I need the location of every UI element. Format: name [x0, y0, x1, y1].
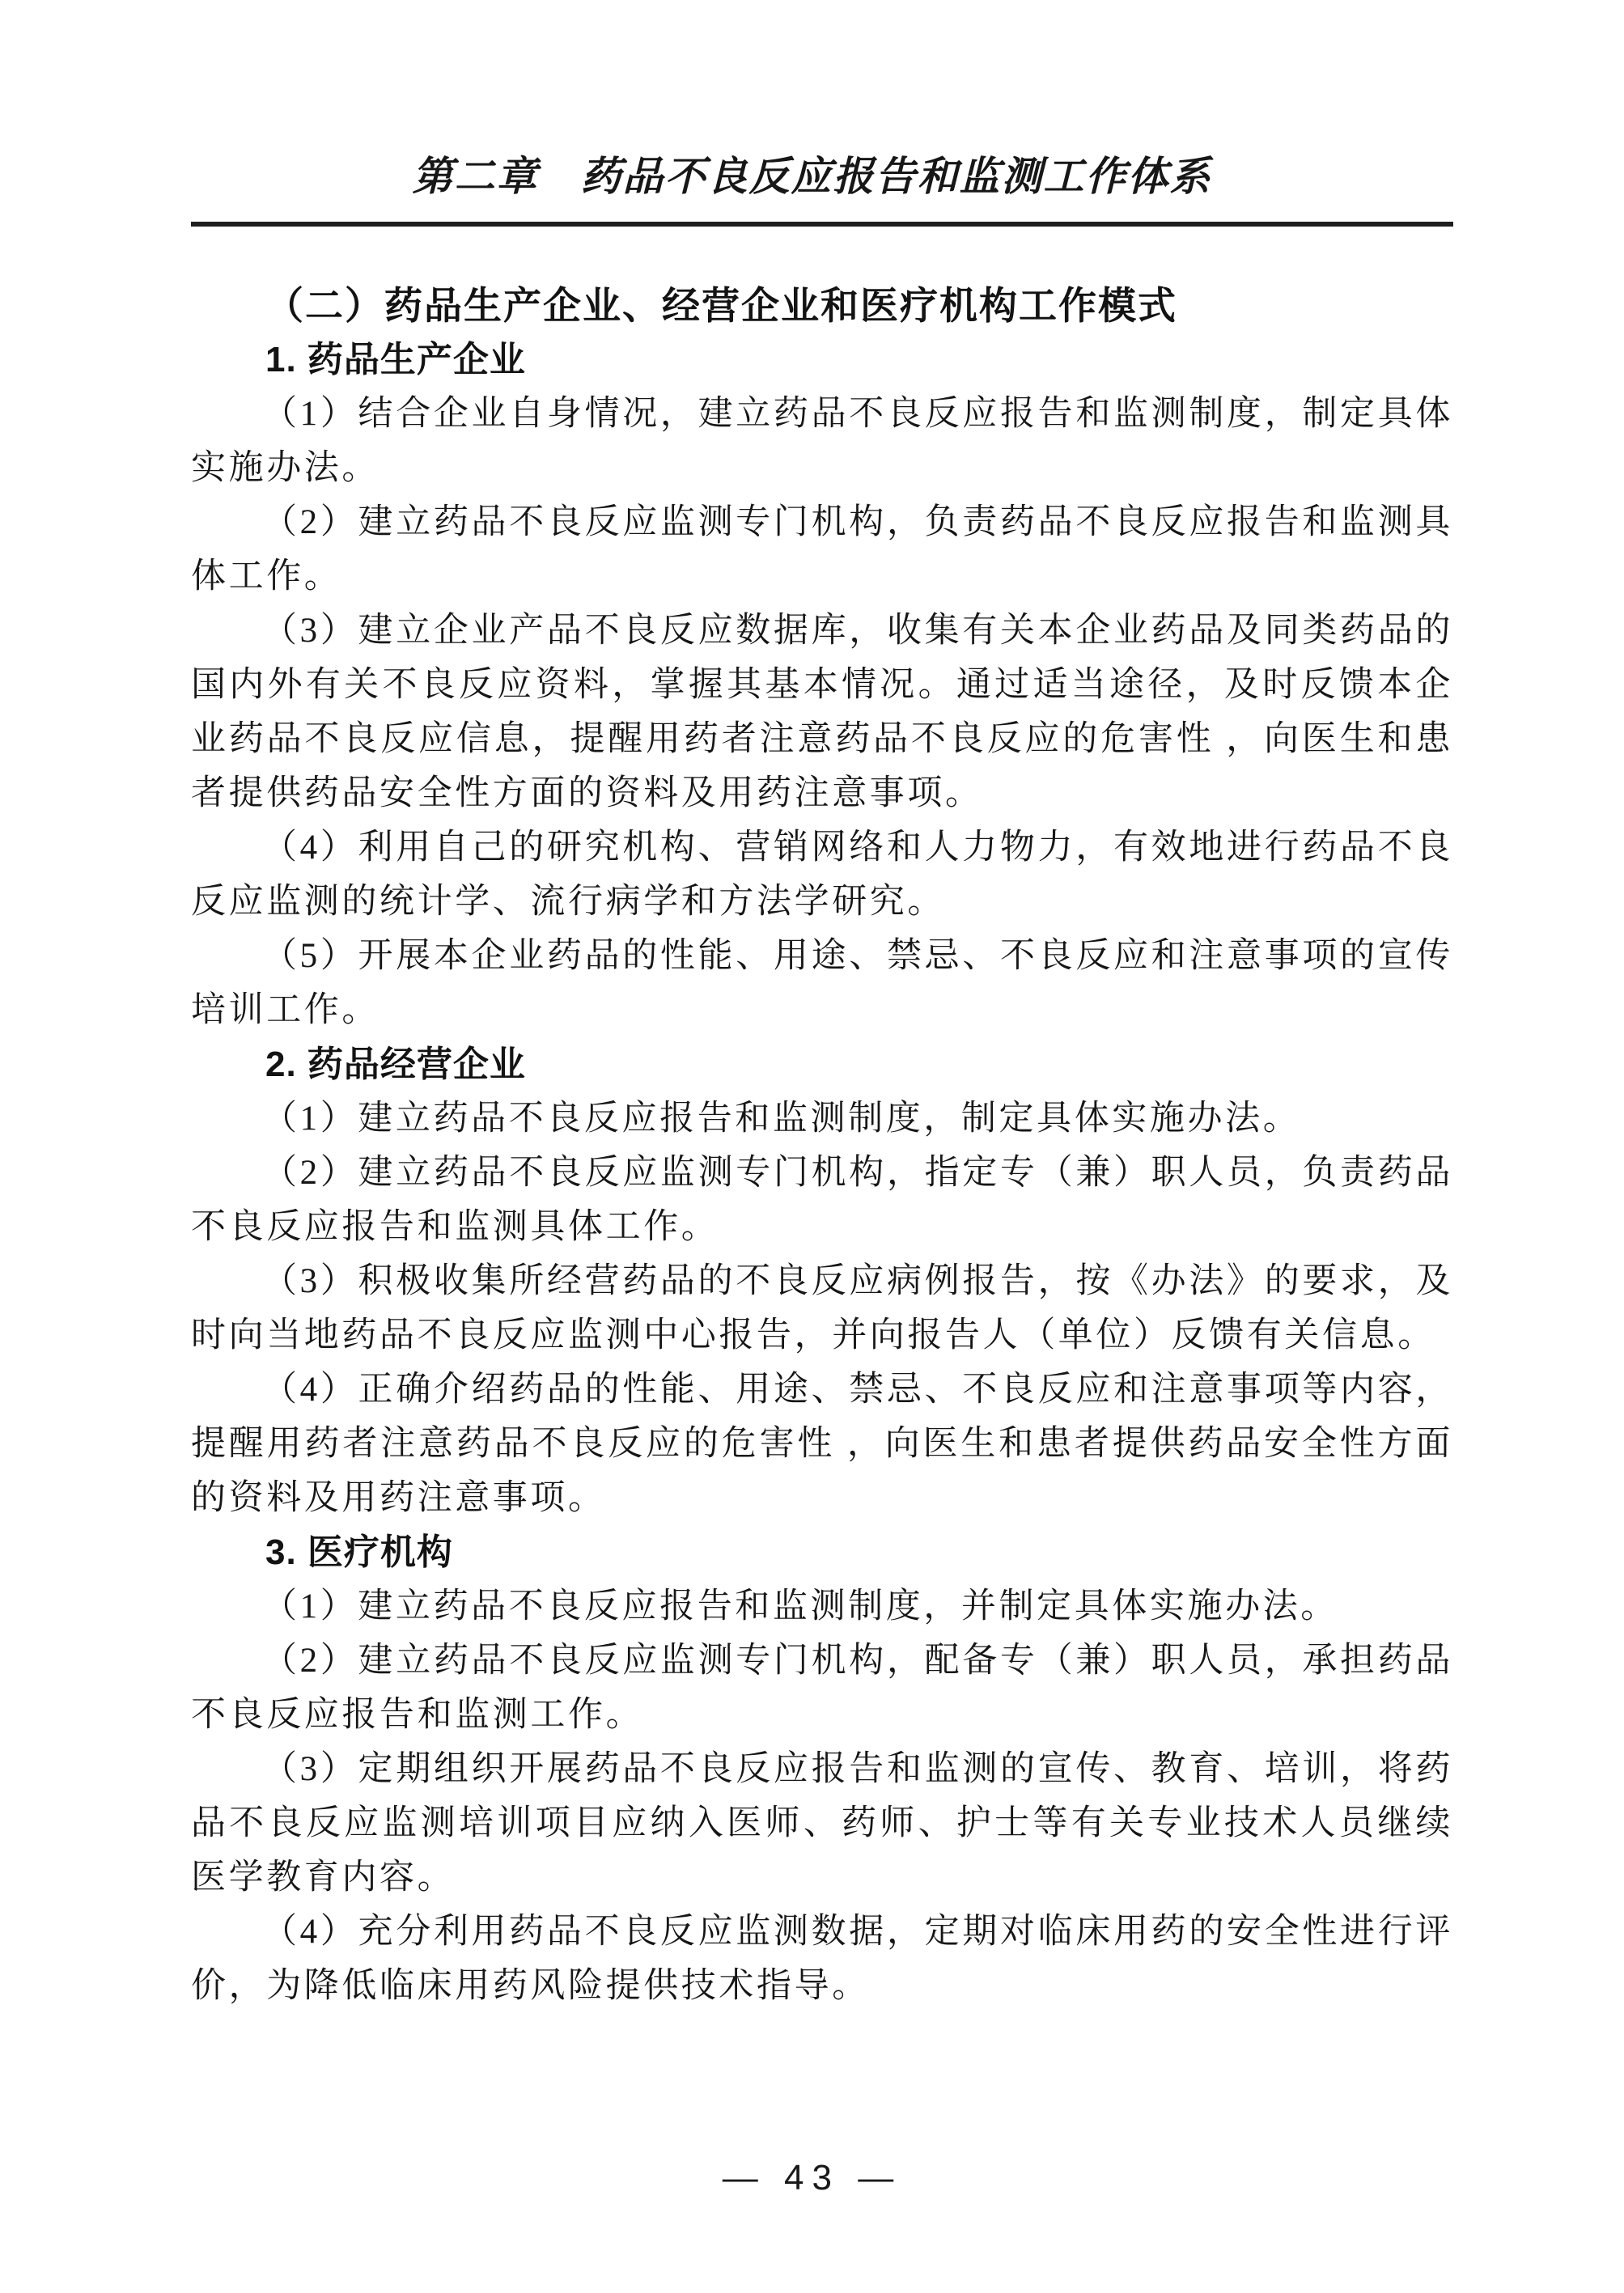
paragraph: （4）充分利用药品不良反应监测数据，定期对临床用药的安全性进行评价，为降低临床用… [191, 1905, 1453, 2013]
paragraph: （2）建立药品不良反应监测专门机构，负责药品不良反应报告和监测具体工作。 [191, 495, 1453, 604]
subsection-heading-distributors: 2. 药品经营企业 [191, 1037, 1453, 1091]
paragraph: （3）定期组织开展药品不良反应报告和监测的宣传、教育、培训，将药品不良反应监测培… [191, 1742, 1453, 1905]
paragraph: （1）建立药品不良反应报告和监测制度，制定具体实施办法。 [191, 1091, 1453, 1146]
paragraph: （2）建立药品不良反应监测专门机构，配备专（兼）职人员，承担药品不良反应报告和监… [191, 1634, 1453, 1742]
header-rule [191, 222, 1453, 227]
page-body: （二）药品生产企业、经营企业和医疗机构工作模式 1. 药品生产企业 （1）结合企… [191, 278, 1453, 2013]
section-heading: （二）药品生产企业、经营企业和医疗机构工作模式 [191, 278, 1453, 333]
paragraph: （3）积极收集所经营药品的不良反应病例报告，按《办法》的要求，及时向当地药品不良… [191, 1254, 1453, 1363]
document-page: 第二章 药品不良反应报告和监测工作体系 （二）药品生产企业、经营企业和医疗机构工… [0, 0, 1624, 2293]
paragraph: （5）开展本企业药品的性能、用途、禁忌、不良反应和注意事项的宣传培训工作。 [191, 929, 1453, 1037]
paragraph: （1）结合企业自身情况，建立药品不良反应报告和监测制度，制定具体实施办法。 [191, 387, 1453, 495]
subsection-heading-producers: 1. 药品生产企业 [191, 333, 1453, 387]
subsection-heading-medical-institutions: 3. 医疗机构 [191, 1525, 1453, 1579]
paragraph: （3）建立企业产品不良反应数据库，收集有关本企业药品及同类药品的国内外有关不良反… [191, 604, 1453, 820]
paragraph: （1）建立药品不良反应报告和监测制度，并制定具体实施办法。 [191, 1579, 1453, 1634]
paragraph: （2）建立药品不良反应监测专门机构，指定专（兼）职人员，负责药品不良反应报告和监… [191, 1146, 1453, 1254]
page-number: — 43 — [0, 2159, 1624, 2198]
paragraph: （4）利用自己的研究机构、营销网络和人力物力，有效地进行药品不良反应监测的统计学… [191, 820, 1453, 929]
chapter-title: 第二章 药品不良反应报告和监测工作体系 [0, 152, 1624, 201]
paragraph: （4）正确介绍药品的性能、用途、禁忌、不良反应和注意事项等内容，提醒用药者注意药… [191, 1363, 1453, 1525]
